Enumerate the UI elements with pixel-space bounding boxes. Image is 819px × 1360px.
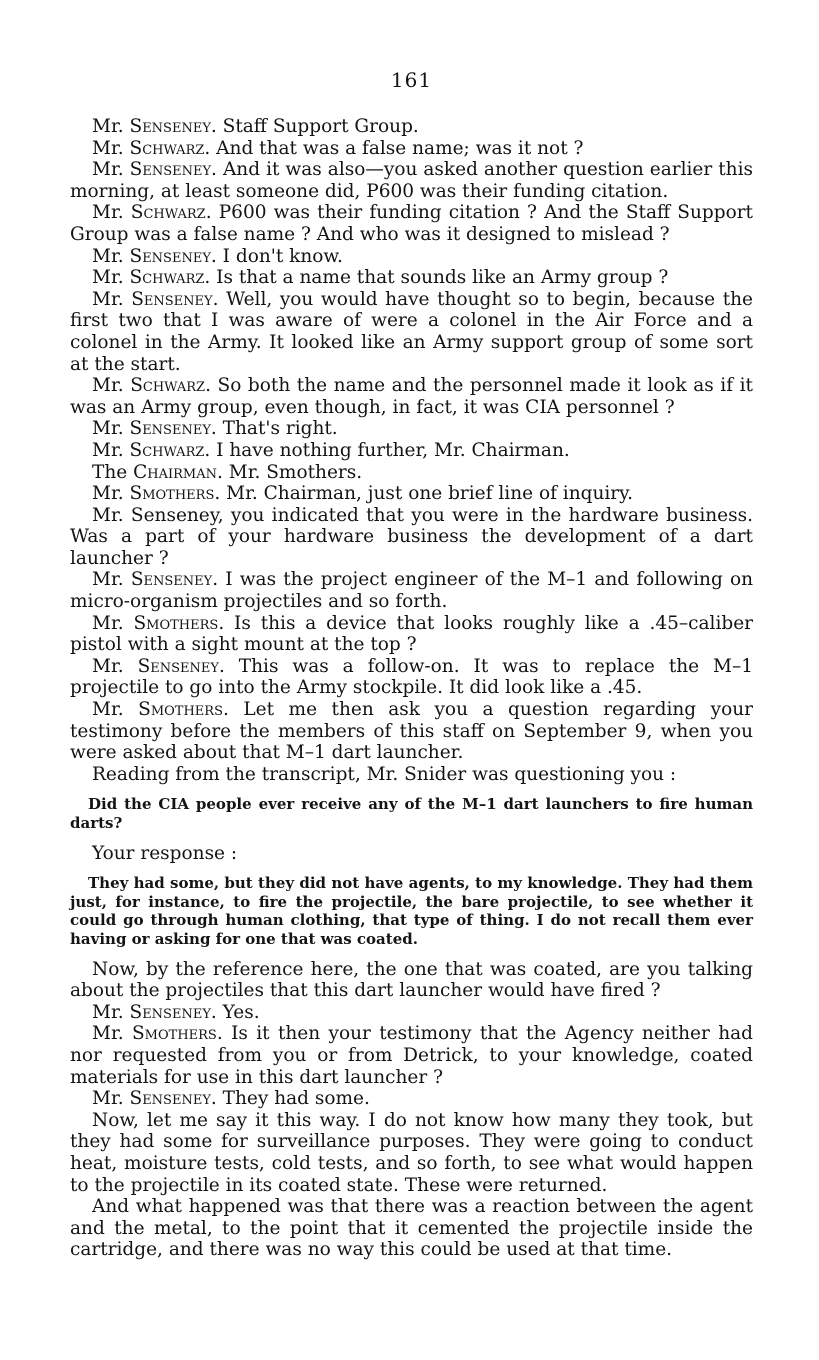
paragraph: Mr. Schwarz. P600 was their funding cita…: [70, 202, 753, 245]
paragraph: Mr. Senseney. Well, you would have thoug…: [70, 289, 753, 375]
speaker-name: Schwarz: [130, 440, 205, 461]
page-body: Mr. Senseney. Staff Support Group.Mr. Sc…: [70, 116, 753, 1261]
paragraph: And what happened was that there was a r…: [70, 1196, 753, 1261]
speaker-name: Senseney: [130, 1002, 211, 1023]
paragraph: Mr. Smothers. Is this a device that look…: [70, 613, 753, 656]
speaker-name: Senseney: [130, 116, 211, 137]
speaker-name: Senseney: [138, 656, 219, 677]
paragraph: Reading from the transcript, Mr. Snider …: [70, 764, 753, 786]
paragraph: Mr. Senseney. Yes.: [70, 1002, 753, 1024]
speaker-name: Smothers: [133, 613, 218, 634]
document-page: 161 Mr. Senseney. Staff Support Group.Mr…: [0, 0, 819, 1360]
paragraph: Your response :: [70, 843, 753, 865]
paragraph: Mr. Senseney. That's right.: [70, 418, 753, 440]
page-number: 161: [70, 68, 753, 92]
paragraph: Mr. Senseney. I don't know.: [70, 246, 753, 268]
speaker-name: Senseney: [130, 418, 211, 439]
paragraph: Mr. Schwarz. So both the name and the pe…: [70, 375, 753, 418]
paragraph: Mr. Smothers. Let me then ask you a ques…: [70, 699, 753, 764]
speaker-name: Schwarz: [130, 138, 205, 159]
speaker-name: Schwarz: [130, 267, 205, 288]
speaker-name: Senseney: [130, 246, 211, 267]
paragraph: Mr. Senseney. I was the project engineer…: [70, 569, 753, 612]
paragraph: Mr. Senseney. This was a follow-on. It w…: [70, 656, 753, 699]
paragraph: Mr. Senseney. Staff Support Group.: [70, 116, 753, 138]
speaker-name: Chairman: [133, 462, 217, 483]
paragraph: Mr. Schwarz. Is that a name that sounds …: [70, 267, 753, 289]
paragraph: The Chairman. Mr. Smothers.: [70, 462, 753, 484]
paragraph: Now, by the reference here, the one that…: [70, 959, 753, 1002]
speaker-name: Schwarz: [131, 202, 206, 223]
speaker-name: Senseney: [131, 569, 212, 590]
speaker-name: Senseney: [131, 289, 212, 310]
paragraph: Mr. Senseney. They had some.: [70, 1088, 753, 1110]
paragraph: Mr. Schwarz. I have nothing further, Mr.…: [70, 440, 753, 462]
paragraph: Mr. Smothers. Is it then your testimony …: [70, 1023, 753, 1088]
speaker-name: Schwarz: [130, 375, 205, 396]
speaker-name: Smothers: [130, 483, 215, 504]
paragraph: Mr. Senseney. And it was also—you asked …: [70, 159, 753, 202]
speaker-name: Senseney: [130, 1088, 211, 1109]
paragraph: Mr. Senseney, you indicated that you wer…: [70, 505, 753, 570]
paragraph: Mr. Smothers. Mr. Chairman, just one bri…: [70, 483, 753, 505]
quote-paragraph: Did the CIA people ever receive any of t…: [70, 795, 753, 832]
speaker-name: Smothers: [138, 699, 223, 720]
speaker-name: Senseney: [130, 159, 211, 180]
paragraph: Now, let me say it this way. I do not kn…: [70, 1110, 753, 1196]
quote-paragraph: They had some, but they did not have age…: [70, 874, 753, 948]
paragraph: Mr. Schwarz. And that was a false name; …: [70, 138, 753, 160]
speaker-name: Smothers: [132, 1023, 217, 1044]
